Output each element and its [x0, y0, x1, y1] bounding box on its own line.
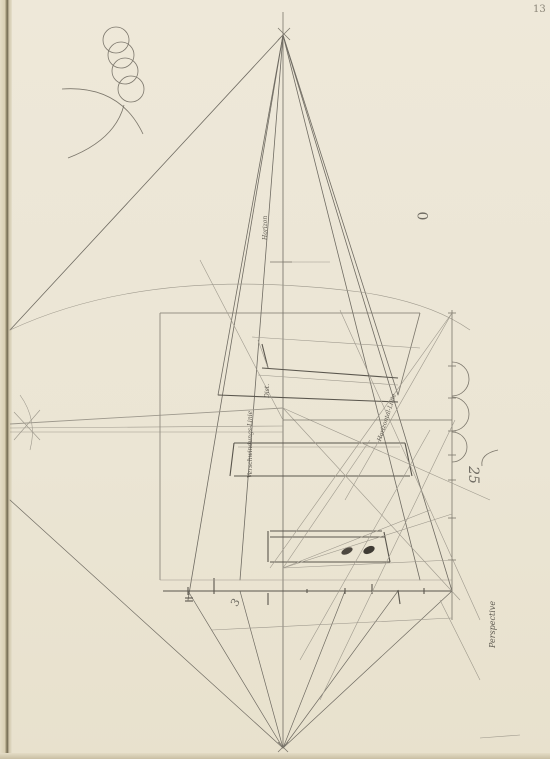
vanishing-point-top-marker	[278, 12, 290, 40]
semicircles-right	[452, 362, 469, 462]
corner-mark	[480, 735, 520, 738]
arc-top-left	[62, 89, 143, 134]
eye-point-lines	[10, 395, 283, 450]
top-rectangle	[218, 340, 398, 402]
numeral-label-lower: 25	[465, 466, 481, 484]
vanishing-lines-top	[10, 35, 452, 748]
page-number: 13	[533, 4, 546, 15]
arc-top-left-2	[68, 105, 124, 158]
top-rect-guide	[252, 337, 420, 348]
stacked-circles-icon	[103, 27, 144, 102]
construction-diagonals	[160, 260, 490, 700]
numeral-label: 0	[413, 212, 429, 221]
sketch-page: 13 0 25 Perspective Horizon Dist. Versch…	[0, 0, 550, 759]
vanishing-line-note: Verschwindungs-Linie	[247, 411, 254, 478]
vanishing-lines-bottom	[10, 500, 452, 748]
horizon-note: Horizon	[262, 216, 269, 240]
perspective-drawing	[0, 0, 550, 759]
perspective-note: Perspective	[488, 601, 497, 648]
middle-rectangle	[230, 443, 412, 476]
distance-note: Dist.	[264, 384, 271, 398]
hook-mark	[482, 450, 498, 466]
